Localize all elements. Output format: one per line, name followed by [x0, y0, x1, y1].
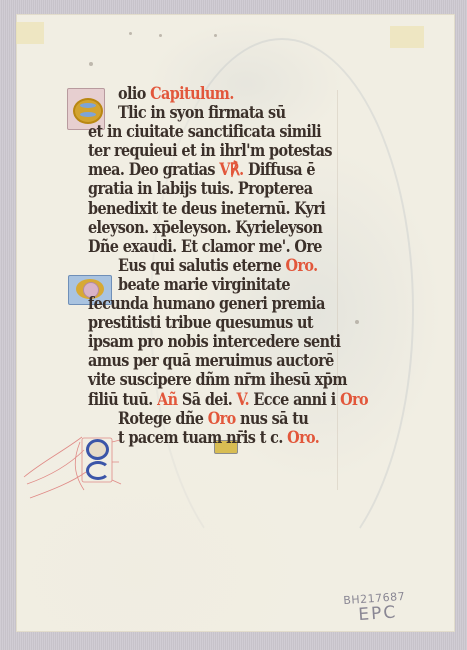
rubric-text: Añ	[157, 389, 177, 409]
text-line: t pacem tuam nr̄is t c. Oro.	[88, 426, 338, 449]
body-text: filiū tuū.	[88, 389, 157, 409]
stain-spot	[129, 32, 132, 35]
mounting-tape-left	[16, 22, 44, 44]
body-text: vite suscipere dñm nr̄m ihesū xp̄m	[88, 370, 347, 390]
rubric-text: Oro	[208, 408, 236, 428]
blue-initial-e	[84, 458, 108, 480]
stain-spot	[214, 34, 217, 37]
body-text: gratia in labijs tuis. Propterea	[88, 179, 312, 199]
annotator-initials: EPC	[358, 604, 407, 624]
pencil-annotation: BH217687 EPC	[343, 591, 407, 625]
rubric-text: Oro	[340, 389, 368, 409]
body-text: nus sā tu	[236, 408, 309, 428]
rubric-text: V.	[237, 389, 249, 409]
body-text: Rotege dñe	[118, 408, 208, 428]
body-text: eleyson. xp̄eleyson. Kyrieleyson	[88, 217, 322, 237]
body-text: Sā dei.	[178, 389, 237, 409]
stain-spot	[89, 62, 93, 66]
manuscript-text-block: olio Capitulum.Tlic in syon firmata sūet…	[88, 86, 338, 449]
body-text: t pacem tuam nr̄is t c.	[118, 427, 287, 447]
rubric-text: Oro.	[287, 427, 319, 447]
body-text: benedixit te deus ineternū. Kyri	[88, 198, 325, 218]
stain-spot	[355, 320, 359, 324]
mounting-tape-right	[390, 26, 424, 48]
body-text: Ecce anni i	[249, 389, 340, 409]
stain-spot	[159, 34, 162, 37]
body-text: Dñe exaudi. Et clamor me'. Ore	[88, 236, 322, 256]
